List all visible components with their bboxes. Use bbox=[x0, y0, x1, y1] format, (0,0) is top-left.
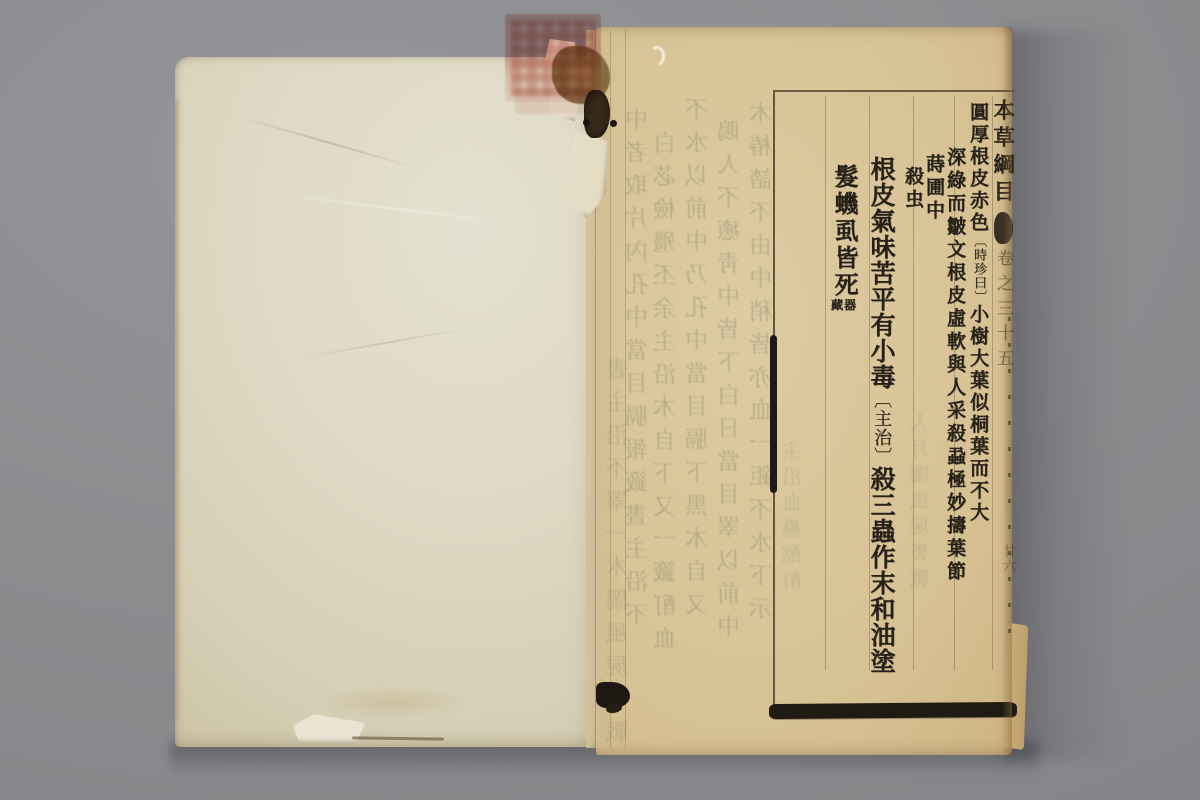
showthrough-text-column: 不水以前中乃孔中當目膈下黑木自又 bbox=[688, 97, 711, 625]
commentary-column: 深綠而皺文根皮虛軟與人采殺蝨極妙擣葉節 bbox=[945, 147, 964, 584]
main-text-column: 髮蟣虱皆死藏器 bbox=[830, 164, 858, 311]
left-page-edge bbox=[175, 99, 181, 721]
paper-crease bbox=[301, 327, 469, 358]
commentator-attribution: 〔時珍曰〕 bbox=[971, 234, 986, 304]
paper-crease bbox=[238, 116, 421, 170]
heavy-inked-frame-stroke bbox=[770, 335, 777, 493]
right-page-printed: 木椿誻不由中稍皆亦血一鉅不水下示 鵙人不癒靑中皆下白日當目睪以前中 不水以前中乃… bbox=[596, 27, 1012, 755]
commentary-column: 殺虫 bbox=[903, 166, 922, 212]
photo-stage: 木椿誻不由中稍皆亦血一鉅不水下示 鵙人不癒靑中皆下白日當目睪以前中 不水以前中乃… bbox=[0, 0, 1200, 800]
main-text: 殺三蟲作末和油塗 bbox=[867, 466, 896, 674]
commentary-text: 小樹大葉似桐葉而不大 bbox=[967, 304, 989, 524]
paper-tear bbox=[292, 714, 366, 744]
showthrough-text-column: 鵙人不癒靑中皆下白日當目睪以前中 bbox=[720, 119, 743, 647]
main-text-column: 根皮氣味苦平有小毒〔主治〕殺三蟲作末和油塗 bbox=[869, 156, 894, 674]
ink-blot bbox=[596, 682, 630, 708]
thick-bottom-rule bbox=[769, 702, 1017, 719]
paper-crease bbox=[261, 191, 519, 225]
main-text: 髮蟣虱皆死 bbox=[830, 164, 858, 299]
binding-hole bbox=[610, 120, 617, 127]
paper-stain bbox=[318, 687, 468, 717]
source-attribution: 藏器 bbox=[830, 299, 858, 311]
main-text: 根皮氣味苦平有小毒 bbox=[867, 156, 896, 390]
section-marker: 〔主治〕 bbox=[871, 390, 892, 466]
commentary-column: 蒔圃中 bbox=[924, 154, 943, 223]
column-separator-line bbox=[825, 96, 826, 670]
fold-edge bbox=[1002, 27, 1012, 755]
paper-crack bbox=[352, 736, 444, 740]
commentary-column: 圓厚根皮赤色〔時珍曰〕小樹大葉似桐葉而不大 bbox=[968, 102, 987, 524]
red-collector-seal-echo bbox=[515, 88, 595, 114]
print-frame-border: 人月閙風屍褭戰 主沿血蠱酩酊 本草綱目卷之三十五 圓厚根皮赤色〔時珍曰〕小樹大葉… bbox=[773, 90, 1014, 718]
showthrough-text-column: 人月閙風屍褭戰 bbox=[911, 412, 931, 594]
left-page-blank bbox=[175, 57, 595, 747]
showthrough-text-column: 主沿血蠱酩酊 bbox=[783, 440, 803, 596]
binding-hole bbox=[583, 119, 590, 126]
commentary-text: 圓厚根皮赤色 bbox=[967, 102, 989, 234]
showthrough-text-column: 白苾檢殭丕余主沿木自下又一籤酊血 bbox=[656, 131, 679, 659]
